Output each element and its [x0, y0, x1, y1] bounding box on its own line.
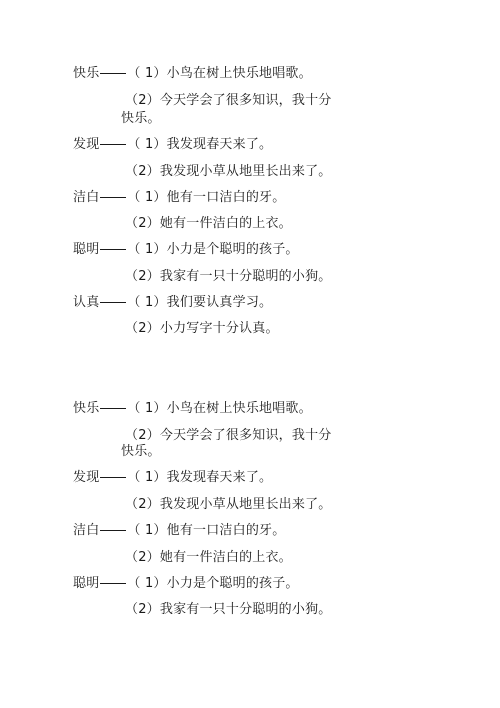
sentence-number: （2） [125, 93, 160, 108]
sentence-number: （ 1） [127, 137, 166, 152]
entry-second-line: （2）她有一件洁白的上衣。 [125, 216, 292, 232]
entry-second-line: （2）今天学会了很多知识，我十分 [125, 428, 331, 444]
example-sentence: 她有一件洁白的上衣。 [160, 550, 292, 565]
example-sentence: 她有一件洁白的上衣。 [160, 216, 292, 231]
example-sentence: 他有一口洁白的牙。 [167, 190, 286, 205]
example-sentence: 小鸟在树上快乐地唱歌。 [167, 401, 312, 416]
entry-second-line: （2）她有一件洁白的上衣。 [125, 550, 292, 566]
sentence-number: （2） [125, 216, 160, 231]
sentence-continuation: 快乐。 [121, 111, 161, 127]
sentence-number: （2） [125, 321, 160, 336]
example-sentence: 我发现春天来了。 [167, 137, 273, 152]
example-sentence: 他有一口洁白的牙。 [167, 523, 286, 538]
headword: 发现 [73, 137, 99, 152]
entry-headword-line: 发现（ 1）我发现春天来了。 [73, 137, 272, 153]
dash-divider [100, 530, 126, 531]
entry-second-line: （2）我发现小草从地里长出来了。 [125, 497, 331, 513]
example-sentence: 今天学会了很多知识，我十分 [160, 93, 332, 108]
sentence-number: （ 1） [127, 66, 166, 81]
headword: 洁白 [73, 190, 99, 205]
example-sentence: 今天学会了很多知识，我十分 [160, 428, 332, 443]
sentence-number: （ 1） [127, 190, 166, 205]
sentence-number: （ 1） [127, 470, 166, 485]
headword: 快乐 [73, 66, 99, 81]
headword: 认真 [73, 295, 99, 310]
entry-second-line: （2）小力写字十分认真。 [125, 321, 279, 337]
sentence-number: （2） [125, 602, 160, 617]
dash-divider [100, 302, 126, 303]
entry-headword-line: 洁白（ 1）他有一口洁白的牙。 [73, 190, 285, 206]
entry-second-line: （2）我发现小草从地里长出来了。 [125, 164, 331, 180]
entry-second-line: （2）我家有一只十分聪明的小狗。 [125, 602, 331, 618]
example-sentence: 小力是个聪明的孩子。 [167, 576, 299, 591]
example-sentence: 我发现春天来了。 [167, 470, 273, 485]
sentence-number: （ 1） [127, 242, 166, 257]
dash-divider [100, 144, 126, 145]
entry-headword-line: 快乐（ 1）小鸟在树上快乐地唱歌。 [73, 66, 312, 82]
headword: 快乐 [73, 401, 99, 416]
entry-headword-line: 聪明（ 1）小力是个聪明的孩子。 [73, 242, 299, 258]
entry-second-line: （2）我家有一只十分聪明的小狗。 [125, 269, 331, 285]
sentence-number: （2） [125, 428, 160, 443]
sentence-number: （2） [125, 164, 160, 179]
entry-headword-line: 洁白（ 1）他有一口洁白的牙。 [73, 523, 285, 539]
example-sentence: 我发现小草从地里长出来了。 [160, 497, 332, 512]
dash-divider [100, 408, 126, 409]
example-sentence: 我家有一只十分聪明的小狗。 [160, 269, 332, 284]
dash-divider [100, 73, 126, 74]
dash-divider [100, 197, 126, 198]
example-sentence: 小力写字十分认真。 [160, 321, 279, 336]
headword: 洁白 [73, 523, 99, 538]
sentence-number: （2） [125, 269, 160, 284]
example-sentence: 小鸟在树上快乐地唱歌。 [167, 66, 312, 81]
sentence-number: （ 1） [127, 401, 166, 416]
example-sentence: 我发现小草从地里长出来了。 [160, 164, 332, 179]
example-sentence: 我们要认真学习。 [167, 295, 273, 310]
example-sentence: 我家有一只十分聪明的小狗。 [160, 602, 332, 617]
headword: 聪明 [73, 242, 99, 257]
entry-second-line: （2）今天学会了很多知识，我十分 [125, 93, 331, 109]
sentence-number: （ 1） [127, 523, 166, 538]
sentence-continuation: 快乐。 [121, 444, 161, 460]
sentence-number: （2） [125, 550, 160, 565]
entry-headword-line: 发现（ 1）我发现春天来了。 [73, 470, 272, 486]
example-sentence: 小力是个聪明的孩子。 [167, 242, 299, 257]
dash-divider [100, 249, 126, 250]
sentence-number: （ 1） [127, 576, 166, 591]
entry-headword-line: 聪明（ 1）小力是个聪明的孩子。 [73, 576, 299, 592]
dash-divider [100, 477, 126, 478]
sentence-number: （ 1） [127, 295, 166, 310]
dash-divider [100, 583, 126, 584]
headword: 发现 [73, 470, 99, 485]
entry-headword-line: 认真（ 1）我们要认真学习。 [73, 295, 272, 311]
headword: 聪明 [73, 576, 99, 591]
sentence-number: （2） [125, 497, 160, 512]
entry-headword-line: 快乐（ 1）小鸟在树上快乐地唱歌。 [73, 401, 312, 417]
